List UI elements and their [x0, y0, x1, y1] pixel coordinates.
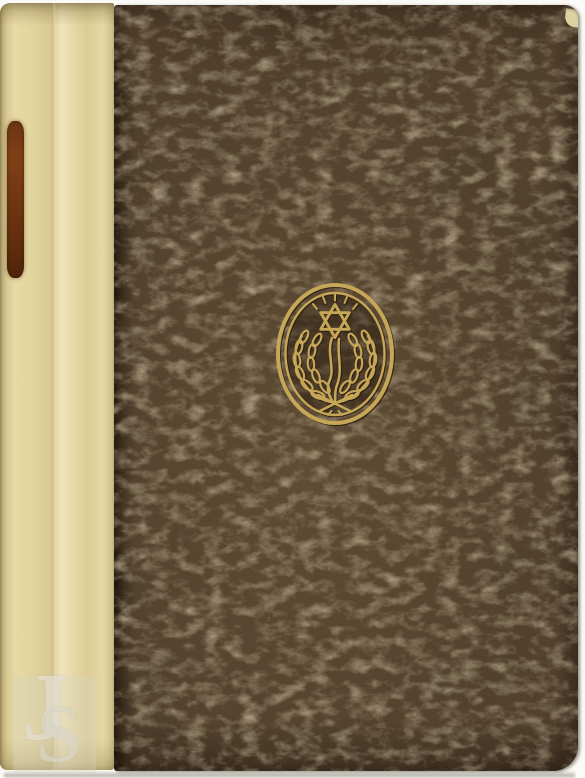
book-spine: J S — [0, 3, 114, 770]
watermark-letter-s: S — [36, 693, 82, 775]
gilt-emblem-star-of-david-icon — [273, 281, 397, 427]
bookseller-watermark: J S — [14, 677, 96, 773]
spine-label-remnant — [7, 121, 24, 278]
book-cover-photo: J S — [0, 0, 585, 778]
